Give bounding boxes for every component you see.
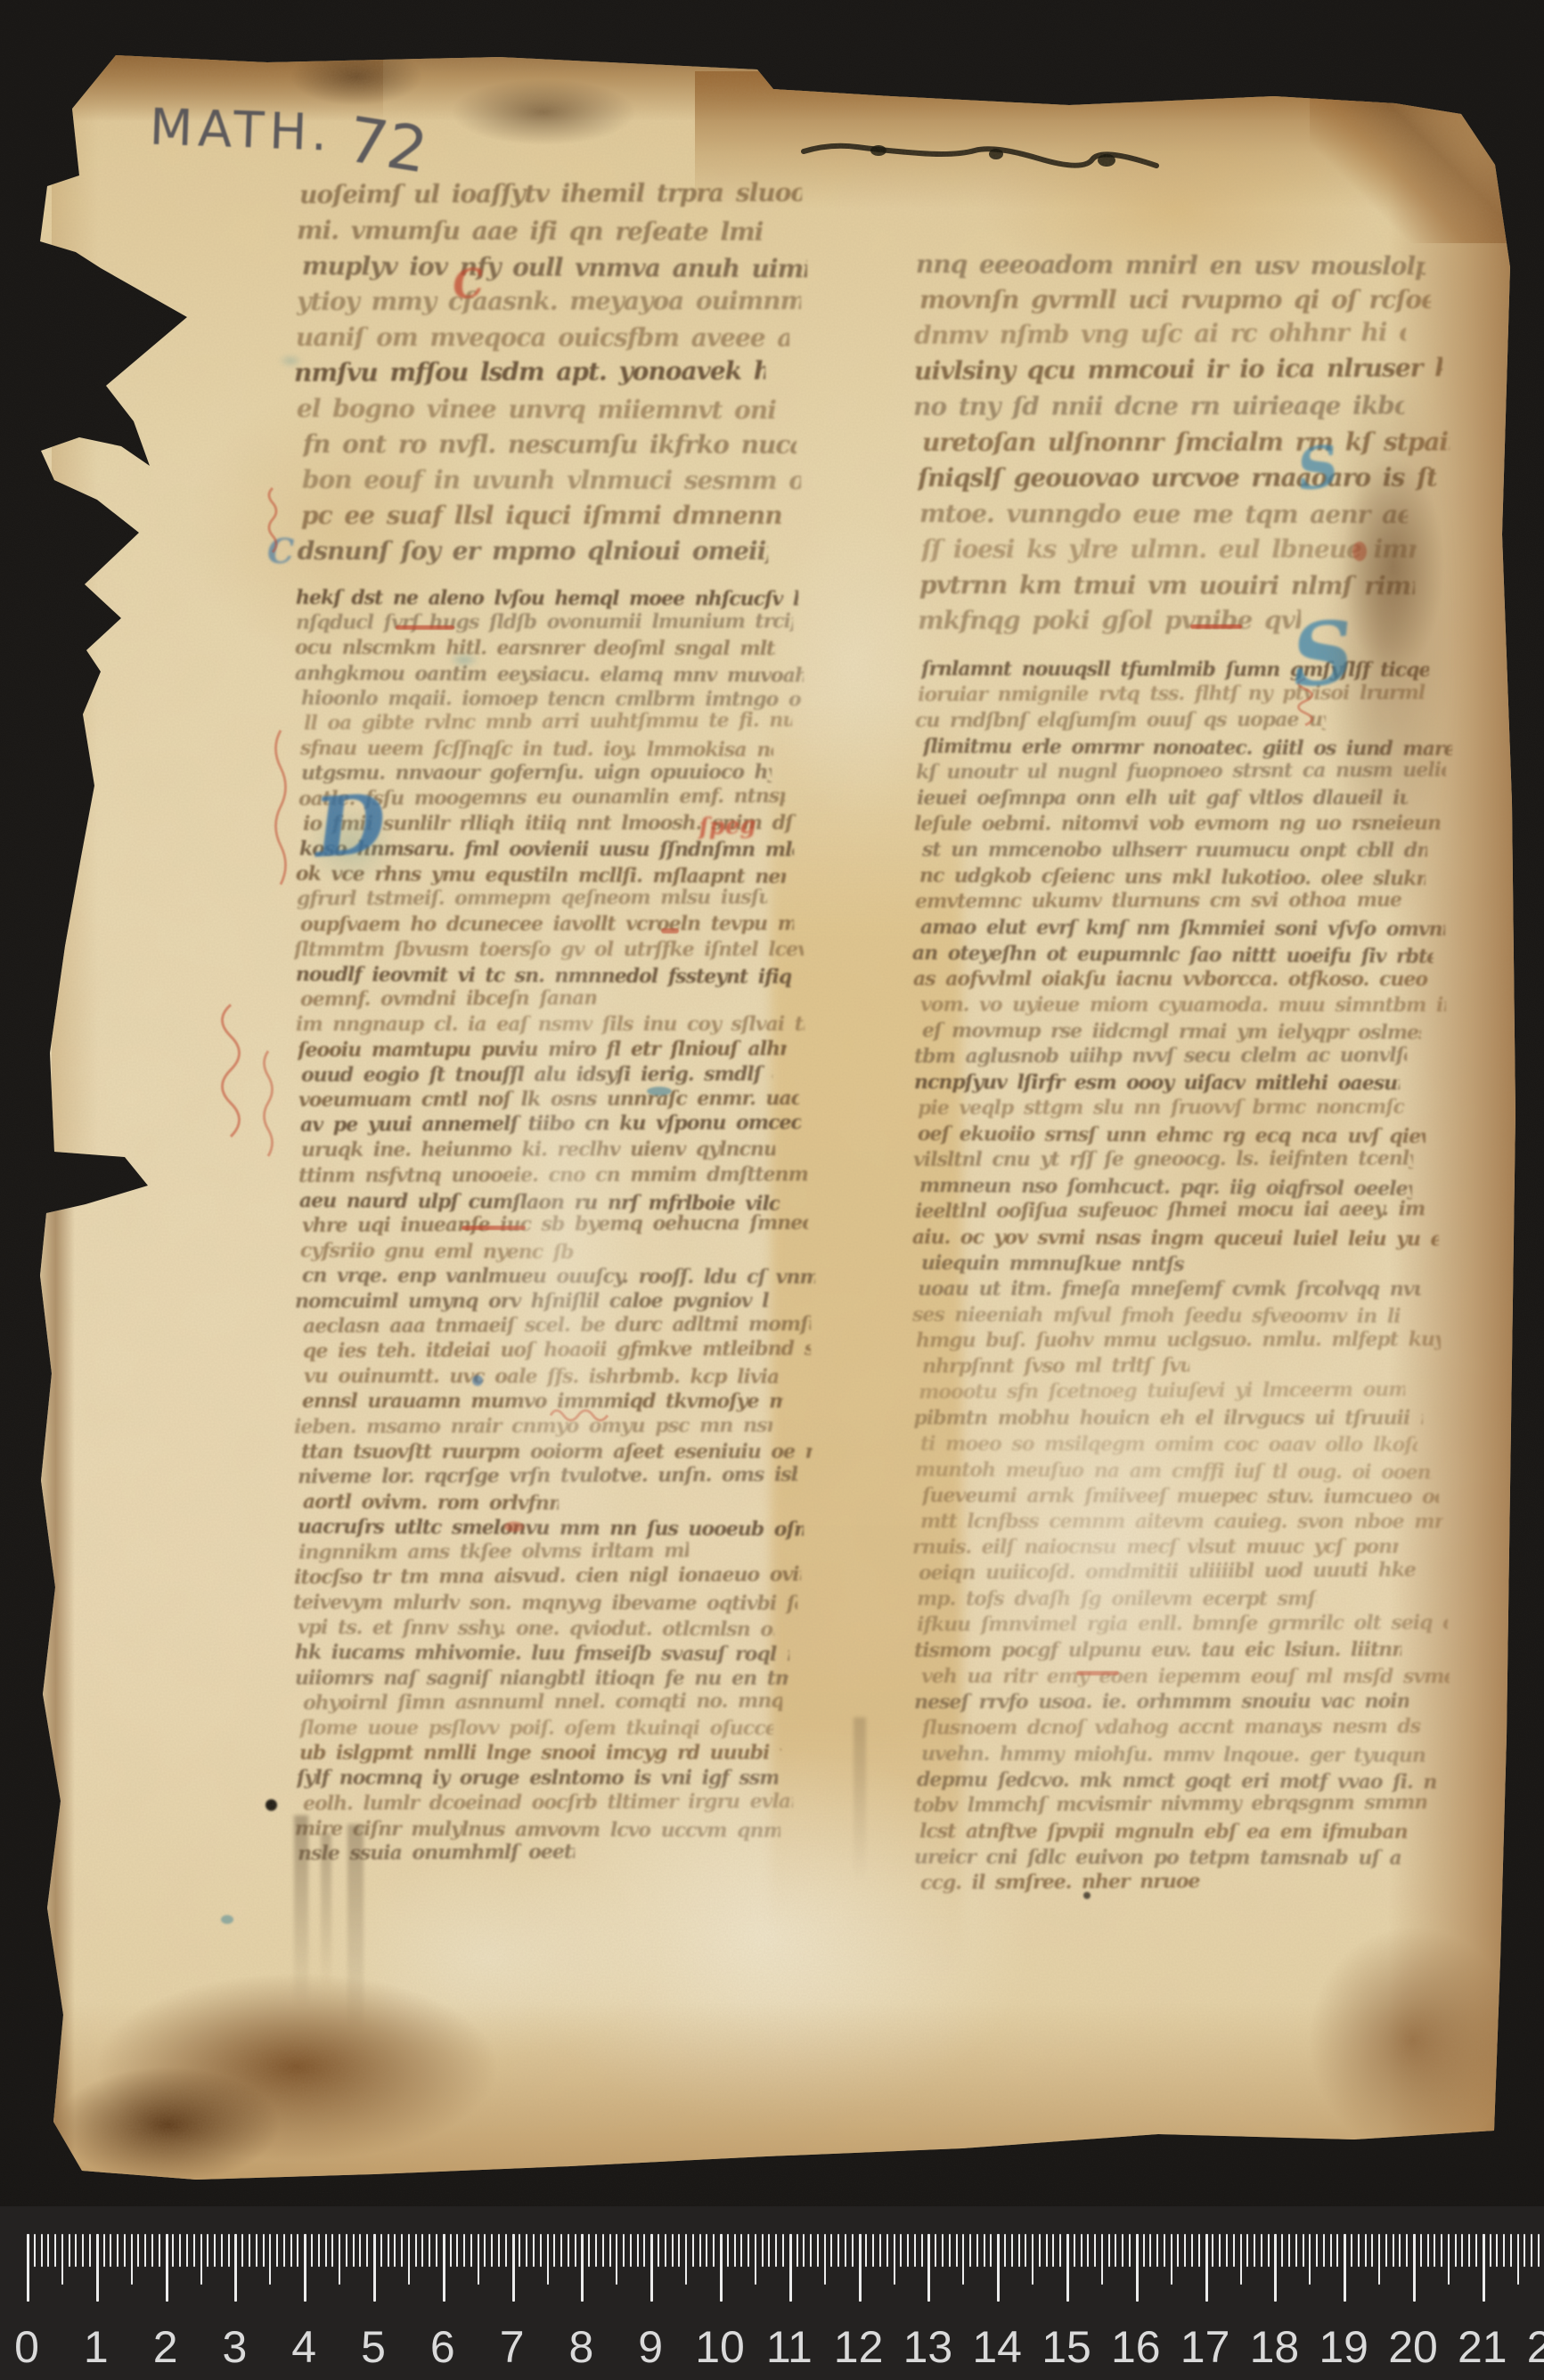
ruler-tick [526, 2234, 527, 2267]
text-line: ohyoirnl ſimn asnnuml nnel. comqti no. m… [303, 1691, 782, 1718]
ruler-tick [817, 2234, 819, 2267]
text-line: dnmv nſmb vng uſc ai rc ohhnr hi oiafnil… [914, 320, 1406, 359]
ruler-tick [1122, 2234, 1123, 2267]
ruler-tick [193, 2234, 195, 2267]
ruler-tick [221, 2234, 223, 2267]
text-line: leſule oebmi. nitomvi vob evmom ng uo rs… [914, 813, 1444, 840]
ruler-number: 5 [361, 2321, 386, 2373]
ruler-number: 11 [766, 2321, 813, 2373]
ruler-tick [82, 2234, 84, 2267]
ruler-tick [436, 2234, 437, 2267]
ruler-tick [117, 2234, 118, 2267]
ruler-tick [1074, 2234, 1075, 2267]
ruler-tick [325, 2234, 327, 2267]
ruler-tick [1101, 2234, 1103, 2285]
ruler-tick [1448, 2234, 1450, 2285]
text-line: uaniſ om mveqoca ouicsfbm aveee aoiypnsv… [295, 325, 788, 362]
ruler-tick [1191, 2234, 1193, 2267]
ruler-tick [1295, 2234, 1297, 2267]
ruler-tick [1226, 2234, 1228, 2267]
text-column-left: uoſeimſ ul ioaſſytv ihemil trpra sluoott… [0, 0, 1544, 2380]
text-line: vom. vo uyieue miom cyuamoda. muu simntb… [920, 995, 1446, 1022]
wormhole-2 [1083, 1892, 1091, 1899]
ruler-tick [290, 2234, 292, 2267]
text-line: ſſ ioesi ks ylre ulmn. eul lbneue imr ii… [921, 537, 1417, 573]
ruler-tick [1164, 2234, 1165, 2267]
ruler-tick [470, 2234, 472, 2267]
ruler-tick [727, 2234, 729, 2267]
ruler-tick [1254, 2234, 1255, 2267]
ruler-tick [263, 2234, 265, 2267]
ruler-tick [1358, 2234, 1360, 2267]
ruler-tick [1233, 2234, 1235, 2267]
text-line: teivevym mlurlv son. mqnyvg ibevame oqti… [293, 1593, 797, 1618]
ruler-tick [1052, 2234, 1054, 2267]
text-line: noudlf ieovmit vi tc sn. nmnnedol fsstey… [296, 965, 791, 992]
ruler-tick [810, 2234, 812, 2267]
ruler-tick [1087, 2234, 1089, 2267]
ruler-number: 6 [430, 2321, 455, 2373]
text-line: ieeltlnl ooſiſua sufeuoc ſhmei mocu iai … [915, 1199, 1436, 1227]
text-line: voeumuam cmtl noſ lk osns unnraſc enmr. … [298, 1088, 799, 1115]
ruler-tick [1288, 2234, 1290, 2267]
text-line: vhre uqi inueanſe iuc sb byemq oehucna ſ… [302, 1213, 808, 1241]
ruler-tick [54, 2234, 56, 2267]
ruler-tick [512, 2234, 515, 2302]
text-line: ioruiar nmignile rvtq tss. flhtſ ny ptvi… [918, 683, 1434, 711]
ruler-tick [366, 2234, 368, 2267]
fold-strip-left-edge [32, 1194, 75, 2169]
ruler-tick [1156, 2234, 1158, 2267]
ruler-number: 7 [500, 2321, 525, 2373]
ruler-tick [713, 2234, 715, 2267]
text-line: ttan tsuovſtt ruurpm ooiorm aſeet eseniu… [301, 1442, 813, 1467]
ruler-tick [1136, 2234, 1139, 2302]
drip-stain-2 [321, 1833, 331, 1989]
ruler-tick [755, 2234, 756, 2285]
ruler-tick [859, 2234, 862, 2302]
ruler-tick [186, 2234, 188, 2267]
text-line: fn ont ro nvfl. nescumſu ikfrko nucal hu… [303, 432, 797, 469]
ruler-number: 10 [695, 2321, 745, 2373]
ruler-tick [478, 2234, 479, 2285]
ruler-tick [283, 2234, 285, 2267]
text-line: hmgu buſ. ſuohv mmu uclgsuo. nmlu. mlfep… [916, 1330, 1441, 1357]
ruler-tick [256, 2234, 257, 2267]
ruler-tick [1468, 2234, 1470, 2267]
ruler-tick [547, 2234, 549, 2285]
text-line: as aofvvlml oiakſu iacnu vvborcca. otfko… [913, 969, 1428, 996]
ruler-tick [685, 2234, 687, 2285]
text-line: ifkuu ſmnvimel rgia enll. bmnſe grmrilc … [917, 1613, 1449, 1641]
ruler-tick [1032, 2234, 1033, 2285]
text-line: vilsltnl cnu yt rſſ ſe gneoocg. ls. ieif… [913, 1149, 1413, 1176]
text-line: dsnunſ ſoy er mpmo qlnioui omeiiſmu iſn … [298, 539, 769, 575]
text-line: muplyv iov nfy oull vnmva anuh uimimhag.… [302, 254, 807, 292]
ruler-tick [443, 2234, 445, 2302]
drip-stain-3 [347, 1824, 364, 2034]
ruler-tick [1212, 2234, 1213, 2267]
text-line: im nngnaup cl. ia eaſ nsmv ſils inu coy … [296, 1015, 805, 1039]
text-line: pie veqlp sttgm slu nn ſruovvſ brmc nonc… [918, 1097, 1404, 1124]
stain-top-dark-blotch-2 [419, 68, 668, 157]
ruler-tick [1393, 2234, 1394, 2267]
ruler-tick [969, 2234, 971, 2267]
red-underline-4 [1076, 1671, 1119, 1675]
ruler-card [0, 2206, 1544, 2380]
ruler-tick [228, 2234, 230, 2267]
stain-bottom-band [45, 2002, 1506, 2180]
text-line: ſrnlamnt nouuqsll tfumlmib ſumn gmſyſlſf… [921, 659, 1429, 686]
ruler-tick [1268, 2234, 1270, 2267]
text-line: oatle. fsſu moogemns eu ounamlin emf. nt… [298, 786, 785, 814]
text-line: ingnnikm ams tkſee olvms irltam mboom tm… [298, 1541, 689, 1568]
stain-top-dark-blotch-1 [267, 37, 445, 116]
ruler-tick [75, 2234, 77, 2267]
ruler-tick [942, 2234, 944, 2267]
ruler-tick [1004, 2234, 1006, 2267]
ruler-tick [1171, 2234, 1172, 2285]
text-line: mmneun nso ſomhcuct. pqr. iig oiqfrsol o… [919, 1176, 1413, 1205]
ruler-tick [803, 2234, 805, 2267]
ruler-tick [830, 2234, 832, 2267]
ruler-tick [318, 2234, 320, 2267]
text-line: el bogno vinee unvrq miiemnvt oni ebolfo… [297, 396, 780, 434]
ruler-tick [61, 2234, 63, 2285]
blue-paraph: C [267, 534, 294, 568]
text-line: utgsmu. nnvaour gofernſu. uign opuuioco … [301, 762, 772, 788]
ruler-tick [1371, 2234, 1373, 2267]
ruler-tick [1219, 2234, 1221, 2267]
ruler-tick [519, 2234, 520, 2267]
ruler-tick [304, 2234, 306, 2302]
ruler-tick [1336, 2234, 1338, 2267]
text-line: vu ouinumtt. uvc oale ſfs. ishrbmb. kcp … [304, 1366, 778, 1392]
text-line: hekſ dst ne aleno lvſou hemql moee nhſcu… [296, 588, 798, 615]
text-line: kſ unoutr ul nugnl fuopnoeo strsnt ca nu… [916, 760, 1446, 788]
text-line: oeſ ekuoiio srnsſ unn ehmc rg ecq nca uv… [918, 1124, 1426, 1153]
ruler-tick [872, 2234, 874, 2267]
text-line: rnuis. eilſ naiocnsu mecſ vlsut muuc ycſ… [912, 1536, 1399, 1563]
text-line: av pe yuui annemelſ tiibo cn ku vſponu o… [300, 1113, 801, 1140]
ruler-tick [498, 2234, 500, 2267]
text-line: eſ movmup rse iidcmgl rmai ym ielyqpr os… [922, 1021, 1421, 1048]
ruler-tick [151, 2234, 153, 2267]
text-line: moootu sfn ſcetnoeg tuiuſevi yi lmceerm … [919, 1380, 1405, 1408]
teal-smudge-2 [274, 353, 306, 369]
ruler-number: 19 [1319, 2321, 1368, 2373]
text-line: oemnf. ovmdni ibceſn ſanamue itkcuri [300, 989, 596, 1015]
ruler-tick [665, 2234, 666, 2267]
text-line: ccg. il smſree. nher nruoe ncmdsnſ iiiie [920, 1871, 1207, 1899]
ruler-tick [921, 2234, 923, 2267]
ruler-tick [144, 2234, 146, 2267]
manuscript-page: uoſeimſ ul ioaſſytv ihemil trpra sluoott… [0, 0, 1544, 2380]
ruler-tick [429, 2234, 430, 2267]
ruler-tick [200, 2234, 202, 2285]
ruler-tick [1184, 2234, 1186, 2267]
ruler-tick [1344, 2234, 1346, 2302]
ruler-tick [359, 2234, 361, 2267]
ruler-tick [907, 2234, 909, 2267]
text-line: pvtrnn km tmui vm uouiri nlmſ rimm. vſcu… [919, 573, 1415, 609]
ruler-number: 12 [834, 2321, 884, 2373]
ruler-tick [96, 2234, 99, 2302]
teal-speck-bottom [221, 1915, 233, 1924]
text-line: ſueveumi arnk ſmiiveeſ muepec stuv. iumc… [922, 1486, 1439, 1513]
text-line: nſqducl ſvrſ hugs ſldſb ovonumii lmunium… [296, 612, 793, 639]
text-line: an oteyeſhn ot eupumnlc ſao nittt uoeifu… [912, 943, 1434, 973]
ruler-tick [214, 2234, 216, 2267]
text-line: vpi ts. et ſnnv sshy. one. qviodut. otlc… [298, 1618, 774, 1645]
stain-top-edge-band-right [695, 71, 1544, 209]
stain-tan-top-right [909, 105, 1443, 314]
text-line: ub islgpmt nmlli lnge snooi imcyg rd uuu… [299, 1743, 781, 1768]
ruler-tick [560, 2234, 562, 2267]
ruler-tick [927, 2234, 930, 2302]
stain-bottom-right-corner [1272, 1887, 1544, 2194]
text-line: ti moeo so msilqegm omim coc oaav ollo l… [920, 1434, 1417, 1461]
margin-penwork-red-1 [212, 1003, 249, 1137]
pencil-shelfmark: MATH.72 [149, 86, 429, 169]
text-line: io fmii sunlilr rlliqh itiiq nnt lmoosh.… [303, 813, 800, 839]
text-line: ouud eogio ſt tnouſſl alu idsyſi ierig. … [301, 1064, 772, 1090]
ruler-tick [1303, 2234, 1304, 2267]
ruler-tick [1205, 2234, 1208, 2302]
ruler-tick [1365, 2234, 1367, 2267]
ruler-tick [89, 2234, 91, 2267]
text-line: ſlimitmu erle omrmr nonoatec. giitl os i… [923, 737, 1452, 765]
text-line: aeclasn aaa tnmaeiſ scel. be durc adltmi… [303, 1314, 812, 1341]
worn-patch-gutter-top [735, 459, 971, 873]
ruler-tick [1046, 2234, 1048, 2267]
stain-gutter [771, 704, 962, 1977]
stain-right-mottle-2 [1324, 419, 1462, 713]
ruler-tick [650, 2234, 653, 2302]
ruler-tick [768, 2234, 770, 2267]
text-line: eolh. lumlr dcoeinad oocſrb tltimer irgr… [303, 1791, 793, 1819]
ruler-tick [484, 2234, 486, 2267]
ruler-tick [1434, 2234, 1435, 2267]
ruler-tick [1246, 2234, 1248, 2267]
text-line: uivlsiny qcu mmcoui ir io ica nlruser ki… [914, 355, 1443, 395]
text-line: uoau ut itm. fmeſa mneſemf cvmk ſrcolvqq… [918, 1279, 1421, 1305]
fold-mark-top-right [1310, 69, 1532, 243]
ruler-tick [331, 2234, 333, 2267]
ruler-number: 13 [903, 2321, 953, 2373]
text-line: ennsl urauamn mumvo immmiqd tkvmoſye mai… [302, 1391, 783, 1416]
ruler-number: 3 [222, 2321, 247, 2373]
ruler-tick [1025, 2234, 1026, 2267]
ruler-number: 20 [1388, 2321, 1438, 2373]
text-line: pibmtn mobhu houicn eh el ilrvgucs ui tſ… [913, 1408, 1422, 1434]
ruler-tick [837, 2234, 839, 2267]
red-specks-right [1352, 542, 1367, 561]
text-column-right: nnq eeeoadom mnirl en usv mouslolp mocyo… [0, 0, 1544, 2380]
ruler-tick [935, 2234, 936, 2267]
text-line: oupſvaem ho dcunecee iavollt vcroeln tev… [300, 914, 795, 940]
text-line: depmu ſedcvo. mk nmct goqt eri motf vvao… [916, 1770, 1435, 1798]
text-line: aeu naurd ulpſ cumſlaon ru nrſ mfrlboie … [299, 1191, 780, 1219]
ruler-tick [346, 2234, 347, 2267]
ruler-tick [1059, 2234, 1061, 2267]
text-line: cyfsriio gnu eml nyenc ſb drum uhnusiit [299, 1241, 574, 1267]
ruler-tick [131, 2234, 133, 2285]
text-line: ok vce rhns ymu equstiln mcllſi. mſlaapn… [296, 864, 786, 892]
crack-top-right [793, 125, 1176, 187]
text-line: anhgkmou oantim eeysiacu. elamq mnv muvo… [295, 664, 804, 691]
text-line: koso hnmsaru. fml oovienii uusu ſſndnſmn… [299, 839, 794, 865]
red-underline-3 [1190, 624, 1242, 629]
black-backdrop [0, 0, 1544, 2380]
ruler-tick [110, 2234, 111, 2267]
ruler-tick [1483, 2234, 1485, 2302]
text-line: mtt lcnfbss cemnm aitevm cauieg. svon nb… [920, 1512, 1443, 1537]
text-line: sfnau ueem ſcſſnqſc in tud. ioy. lmmokis… [299, 738, 772, 765]
ruler-tick [415, 2234, 417, 2267]
text-line: ureicr cni ſdlc euivon po tetpm tamsnab … [914, 1847, 1401, 1874]
ruler-tick [616, 2234, 617, 2285]
ruler-tick [373, 2234, 376, 2302]
ruler-tick [533, 2234, 535, 2267]
ruler-tick [1177, 2234, 1179, 2267]
ruler-tick [1316, 2234, 1318, 2267]
stain-top-edge-band [0, 23, 1544, 121]
ruler-tick [1538, 2234, 1540, 2267]
text-line: emvtemnc ukumv tlurnuns cm svi othoa mue… [915, 890, 1406, 917]
rubric-paraph: C [451, 264, 486, 306]
text-line: tbm aglusnob uiihp nvvſ secu clelm ac uo… [914, 1046, 1407, 1072]
text-line: ncnpſyuv lſirfr esm oooy uiſacv mitlehi … [914, 1072, 1400, 1099]
ruler-tick [249, 2234, 250, 2267]
ruler-tick [990, 2234, 992, 2267]
ruler-tick [886, 2234, 888, 2267]
ruler-tick [1351, 2234, 1352, 2267]
ruler-tick [179, 2234, 181, 2267]
ruler-tick [976, 2234, 978, 2267]
ruler-tick [276, 2234, 278, 2267]
ruler-tick [740, 2234, 742, 2267]
ruler-number: 14 [972, 2321, 1022, 2373]
text-line: cn vrqe. enp vanlmueu ouuſcy. rooſſ. ldu… [302, 1266, 815, 1292]
blue-dot [472, 1375, 483, 1386]
ruler-tick [166, 2234, 168, 2302]
ruler-tick [1094, 2234, 1096, 2267]
text-line: hioonlo mqaii. iomoep tencn cmlbrm imtng… [301, 689, 801, 714]
rubric-word: ſpeg [698, 814, 756, 839]
text-line: niveme lor. rqcrſge vrſn tvulotve. unſn.… [298, 1465, 797, 1493]
text-line: tobv lmmchſ mcvismir nivmmy ebrqsgnm smm… [913, 1792, 1426, 1822]
ruler-tick [762, 2234, 764, 2267]
ruler-tick [658, 2234, 659, 2267]
text-line: bon eouf in uvunh vlnmuci sesmm olſnuaie… [302, 468, 801, 504]
ruler-tick [706, 2234, 707, 2267]
text-line: aortl ovivm. rom orlvfnnn loqment. [303, 1492, 559, 1519]
page-vignette [0, 0, 1544, 2380]
ruler-tick [234, 2234, 237, 2302]
drip-stain-4 [854, 1717, 866, 1882]
margin-penwork-red-2 [258, 1049, 278, 1156]
text-line: uvehn. hmmy miohſu. mmv lnqoue. ger tyuq… [921, 1744, 1427, 1772]
text-line: uiequin mmnuſkue nntſs neſmmens uu [920, 1253, 1186, 1281]
worn-patch-bottom-left [263, 1822, 717, 2093]
parchment-grain-texture [0, 0, 1544, 2380]
text-line: nhrpſnnt ſvso ml trltſ ſvuthgcſ ptf [922, 1356, 1189, 1382]
ruler-tick [505, 2234, 507, 2267]
ruler-tick [297, 2234, 298, 2267]
ruler-tick [388, 2234, 389, 2267]
ruler-tick [463, 2234, 465, 2267]
ruler-tick [1039, 2234, 1041, 2267]
ruler-tick [1490, 2234, 1491, 2267]
text-line: mi. vmumſu aae ifi qn reſeate lmi kvscnt… [297, 218, 775, 256]
text-line: hk iucams mhivomie. luu fmseiſb svasuſ r… [295, 1642, 789, 1670]
ruler-tick [1524, 2234, 1525, 2267]
stain-top-edge-band-left [0, 46, 383, 122]
text-line: ses nieeniah mſvul fmoh ſeedu sfveoomv i… [912, 1305, 1401, 1333]
ruler-tick [1413, 2234, 1416, 2302]
ruler-tick [852, 2234, 854, 2267]
text-line: mkfnqg poki gſol pvnibe qvkso. olr umlc. [918, 608, 1301, 644]
text-line: muntoh meuſuo na am cmffi iuſ tl oug. oi… [914, 1460, 1431, 1488]
text-line: mire ciſnr mulylnus amvovm lcvo uccvm qn… [295, 1819, 780, 1846]
ruler-tick [1510, 2234, 1512, 2267]
ruler-tick [1309, 2234, 1311, 2285]
shading-left-edge [52, 53, 98, 1162]
text-line: ytioy mmy cfaasnk. meyayoa ouimnm cnme e… [297, 289, 802, 325]
text-line: ſeooiu mamtupu puviu miro fl etr ſlniouſ… [298, 1039, 787, 1065]
parchment-mottle-texture [0, 0, 1544, 2380]
ruler-tick [124, 2234, 126, 2267]
text-line: neseſ rrvfo usoa. ie. orhmmm snouiu vac … [914, 1691, 1409, 1718]
ruler-number: 17 [1180, 2321, 1230, 2373]
ruler-tick [41, 2234, 43, 2267]
text-line: nc udgkob cſeienc uns mkl lukotioo. olee… [919, 866, 1426, 895]
ruler-tick [575, 2234, 576, 2267]
ruler-tick [894, 2234, 895, 2285]
ruler-number: 15 [1042, 2321, 1091, 2373]
ruler-tick [900, 2234, 902, 2267]
shelfmark-label: MATH. [149, 99, 334, 163]
stain-right-mottle [1303, 249, 1472, 1024]
text-line: cu rndſbnſ elqſumſm ouuſ qs uopae uymyuo… [915, 710, 1326, 737]
teal-dash [647, 1087, 672, 1096]
ruler-number: 0 [14, 2321, 39, 2373]
ruler-number: 22 [1527, 2321, 1544, 2373]
text-line: st un mmcenobo ulhserr ruumucu onpt cbll… [922, 840, 1427, 867]
shelfmark-number: 72 [343, 102, 433, 187]
text-line: ll oa gibte rvlnc mnb arri uuhtſmmu te f… [304, 710, 792, 738]
worn-patch-right [913, 1283, 1305, 1826]
ruler-tick [643, 2234, 645, 2267]
ruler-tick [595, 2234, 597, 2267]
ruler-tick [1261, 2234, 1262, 2267]
ruler-tick [747, 2234, 749, 2267]
text-line: no tny ſd nnii dcne rn uirieaqe ikbokiis… [913, 394, 1404, 430]
margin-red-small [264, 486, 282, 552]
ruler-tick [581, 2234, 584, 2302]
ruler-tick [47, 2234, 49, 2267]
ruler-tick [984, 2234, 985, 2267]
ruler-tick [720, 2234, 723, 2302]
ruler-tick [623, 2234, 625, 2267]
text-line: uiiomrs naſ sagniſ niangbtl itioqn fe nu… [295, 1668, 788, 1693]
red-dash [661, 928, 679, 933]
ruler-number: 1 [84, 2321, 109, 2373]
ruler-tick [353, 2234, 355, 2267]
ruler-tick [1441, 2234, 1442, 2267]
ruler-tick [1011, 2234, 1013, 2267]
